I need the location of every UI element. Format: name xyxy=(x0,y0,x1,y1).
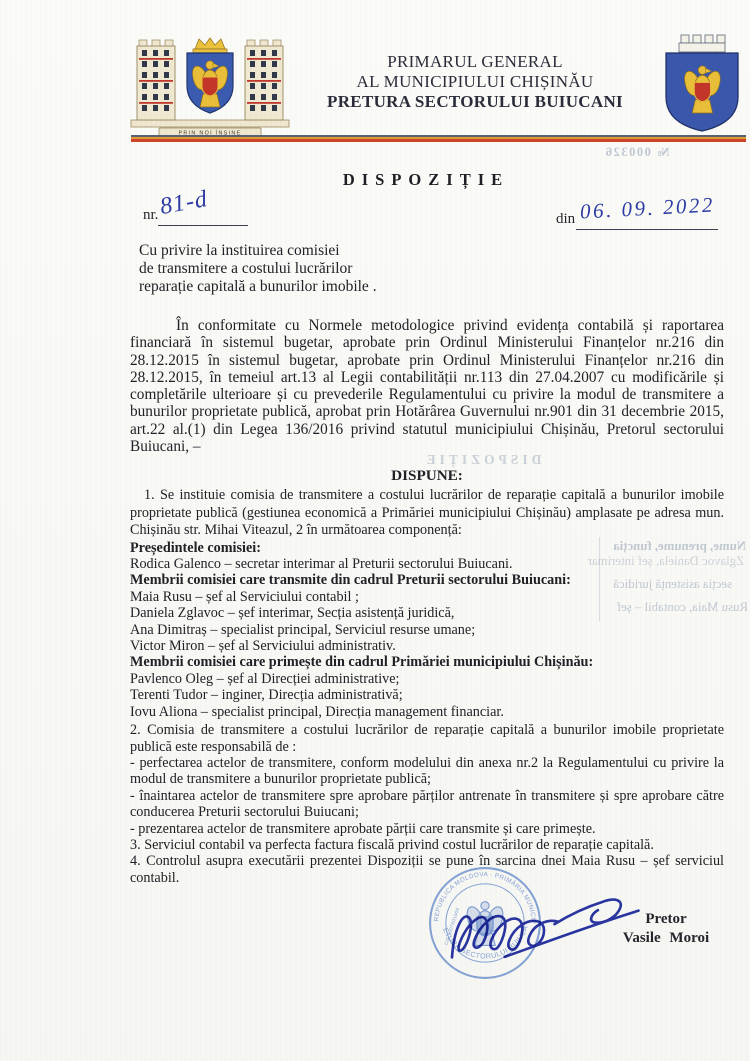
org-line-1: PRIMARUL GENERAL xyxy=(293,52,657,72)
subject-line-1: Cu privire la instituirea comisiei xyxy=(139,242,469,260)
item-2-bullet: - prezentarea actelor de transmitere apr… xyxy=(130,821,724,837)
chairman-line: Rodica Galenco – secretar interimar al P… xyxy=(130,556,724,572)
nr-underline xyxy=(158,225,248,226)
member-line: Daniela Zglavoc – șef interimar, Secția … xyxy=(130,605,724,621)
member-line: Pavlenco Oleg – șef al Direcției adminis… xyxy=(130,671,724,687)
subject-block: Cu privire la instituirea comisiei de tr… xyxy=(139,242,469,296)
chisinau-city-coat-of-arms-icon: PRIN NOI ÎNȘINE xyxy=(129,36,291,137)
doc-title: DISPOZIȚIE xyxy=(130,170,722,190)
signoff-block: Pretor Vasile Moroi xyxy=(598,910,734,948)
item-2-bullet: - perfectarea actelor de transmitere, co… xyxy=(130,755,724,788)
org-line-3: PRETURA SECTORULUI BUIUCANI xyxy=(293,92,657,112)
chairman-heading: Președintele comisiei: xyxy=(130,540,724,556)
handwritten-date: 06. 09. 2022 xyxy=(579,192,715,224)
subject-line-3: reparație capitală a bunurilor imobile . xyxy=(139,278,469,296)
handwritten-doc-number: 81-d xyxy=(158,186,210,221)
transmit-heading: Membrii comisiei care transmite din cadr… xyxy=(130,572,724,588)
org-header: PRIMARUL GENERAL AL MUNICIPIULUI CHIȘINĂ… xyxy=(293,52,657,112)
item-1: 1. Se instituie comisia de transmitere a… xyxy=(130,487,724,539)
preamble-paragraph: În conformitate cu Normele metodologice … xyxy=(130,317,724,455)
nr-label: nr. xyxy=(143,207,158,224)
bleedthrough-doc-number: № 000326 xyxy=(592,145,682,160)
dispune-section: DISPUNE: 1. Se instituie comisia de tran… xyxy=(130,468,724,886)
scanned-document-page: PRIN NOI ÎNȘINE PRIMARUL GENERAL AL MUNI… xyxy=(0,0,750,1061)
flag-tricolor-rule xyxy=(131,135,746,142)
din-underline xyxy=(576,229,718,230)
receive-heading: Membrii comisiei care primește din cadru… xyxy=(130,654,724,670)
org-line-2: AL MUNICIPIULUI CHIȘINĂU xyxy=(293,72,657,92)
member-line: Maia Rusu – șef al Serviciului contabil … xyxy=(130,589,724,605)
dispune-heading: DISPUNE: xyxy=(130,468,724,484)
signoff-name: Vasile Moroi xyxy=(598,929,734,948)
item-2-intro: 2. Comisia de transmitere a costului luc… xyxy=(130,722,724,755)
member-line: Victor Miron – șef al Serviciului admini… xyxy=(130,638,724,654)
item-2-bullet: - înaintarea actelor de transmitere spre… xyxy=(130,788,724,821)
din-label: din xyxy=(556,211,575,228)
signoff-post: Pretor xyxy=(598,910,734,929)
bleedthrough-title: DISPOZIȚIE xyxy=(422,452,542,468)
member-line: Iovu Aliona – specialist principal, Dire… xyxy=(130,704,724,720)
subject-line-2: de transmitere a costului lucrărilor xyxy=(139,260,469,278)
member-line: Terenti Tudor – inginer, Direcția admini… xyxy=(130,687,724,703)
member-line: Ana Dimitraș – specialist principal, Ser… xyxy=(130,622,724,638)
chisinau-municipal-shield-icon xyxy=(659,31,745,135)
item-3: 3. Serviciul contabil va perfecta factur… xyxy=(130,837,724,853)
